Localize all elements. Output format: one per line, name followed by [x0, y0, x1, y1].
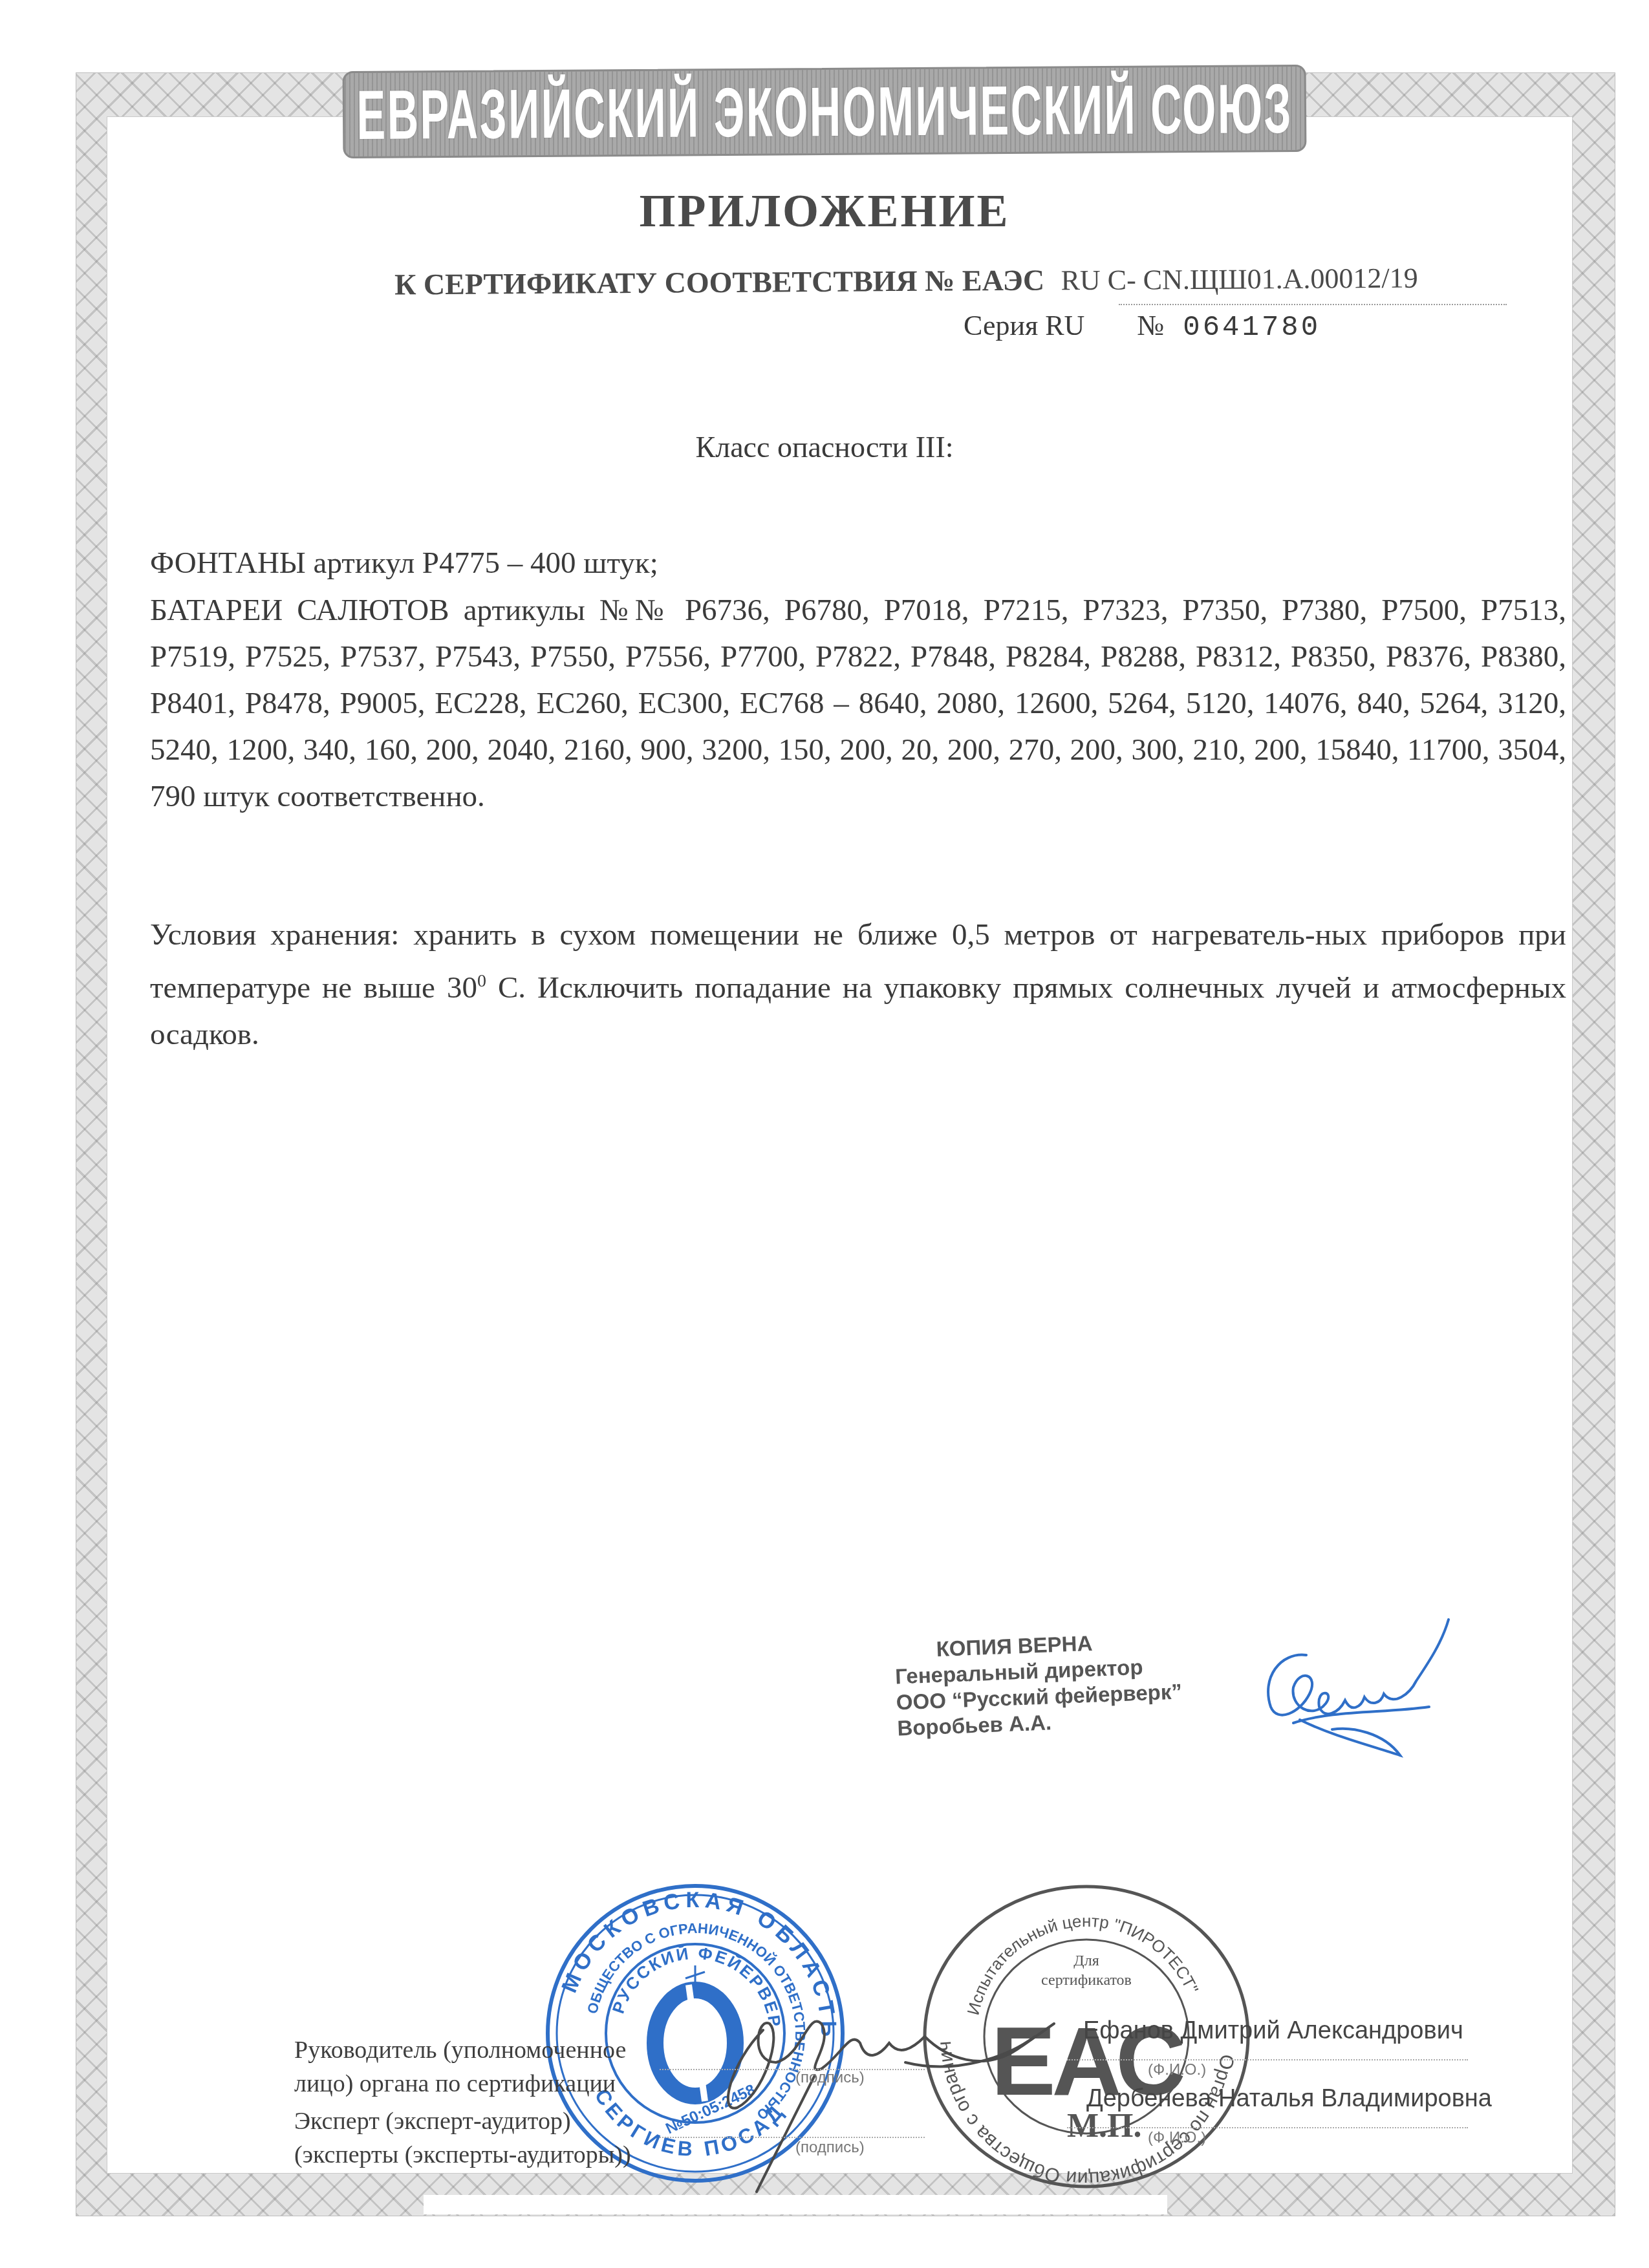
degree-sign: 0 — [477, 971, 486, 991]
banner-text: ЕВРАЗИЙСКИЙ ЭКОНОМИЧЕСКИЙ СОЮЗ — [356, 68, 1293, 155]
fountain-category: ФОНТАНЫ — [150, 546, 306, 580]
storage-conditions: Условия хранения: хранить в сухом помеще… — [150, 912, 1566, 1058]
expert-signature-line — [660, 2137, 925, 2138]
series-label: Серия — [964, 310, 1038, 341]
head-name-line — [1067, 2059, 1468, 2060]
document-title: ПРИЛОЖЕНИЕ — [0, 184, 1649, 238]
certificate-number: RU С- CN.ЩШ01.А.00012/19 — [1061, 262, 1417, 296]
head-name: Ефанов Дмитрий Александрович — [1083, 2017, 1463, 2045]
certificate-underline — [1119, 304, 1507, 305]
series-number: Серия RU № 0641780 — [964, 309, 1320, 344]
expert-name-line — [1067, 2127, 1468, 2128]
svg-text:М.П.: М.П. — [1067, 2108, 1142, 2145]
copy-certification: КОПИЯ ВЕРНА Генеральный директор ООО “Ру… — [894, 1627, 1183, 1742]
expert-label: Эксперт (эксперт-аудитор) (эксперты (экс… — [294, 2104, 656, 2172]
battery-category: БАТАРЕИ САЛЮТОВ — [150, 594, 449, 627]
fountain-text: артикул Р4775 – 400 штук; — [306, 546, 658, 580]
director-signature-icon — [1255, 1616, 1461, 1765]
certificate-prefix: К СЕРТИФИКАТУ СООТВЕТСТВИЯ № ЕАЭС — [394, 264, 1044, 301]
head-name-caption: (Ф.И.О.) — [1148, 2061, 1206, 2079]
eaeu-banner: ЕВРАЗИЙСКИЙ ЭКОНОМИЧЕСКИЙ СОЮЗ — [343, 65, 1307, 158]
expert-name: Дербенева Наталья Владимировна — [1086, 2085, 1492, 2113]
head-of-body-label: Руководитель (уполномоченное лицо) орган… — [294, 2033, 656, 2101]
head-signature-caption: (подпись) — [795, 2069, 865, 2087]
expert-signature-caption: (подпись) — [795, 2139, 865, 2157]
fountain-paragraph: ФОНТАНЫ артикул Р4775 – 400 штук; — [150, 540, 1566, 586]
head-signature-line — [660, 2069, 925, 2070]
number-label: № — [1137, 310, 1164, 341]
expert-name-caption: (Ф.И.О.) — [1148, 2129, 1206, 2147]
svg-text:Для: Для — [1073, 1952, 1099, 1969]
number-value: 0641780 — [1183, 312, 1320, 344]
series-value: RU — [1045, 310, 1084, 341]
battery-paragraph: БАТАРЕИ САЛЮТОВ артикулы №№ Р6736, Р6780… — [150, 587, 1566, 820]
hazard-class: Класс опасности III: — [0, 430, 1649, 464]
printer-imprint — [424, 2195, 1167, 2214]
certificate-reference: К СЕРТИФИКАТУ СООТВЕТСТВИЯ № ЕАЭС RU С- … — [394, 260, 1418, 301]
head-signature-icon — [711, 1985, 1073, 2198]
page-body — [107, 116, 1573, 2174]
